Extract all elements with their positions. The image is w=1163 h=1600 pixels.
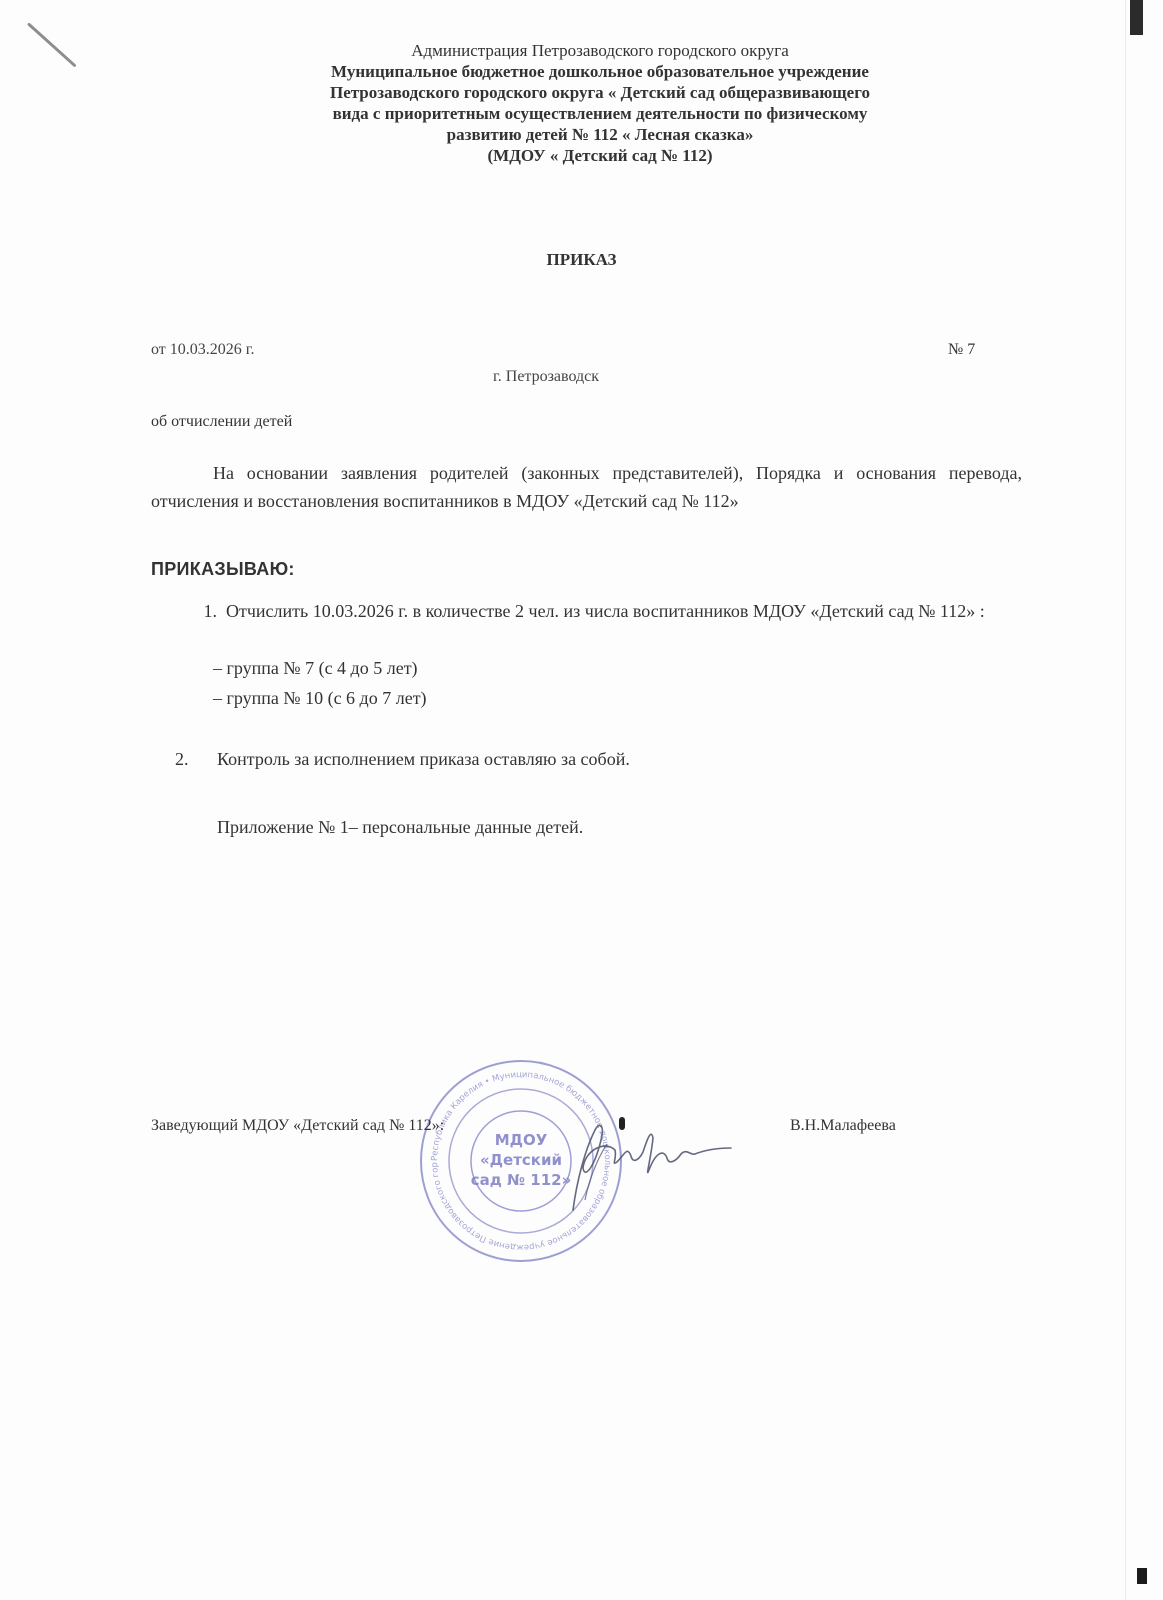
order-city: г. Петрозаводск: [493, 368, 599, 386]
scan-corner-artifact: [1137, 1568, 1147, 1584]
order-subject: об отчислении детей: [151, 413, 292, 431]
scanned-page: Администрация Петрозаводского городского…: [0, 0, 1163, 1600]
order-item-2: 2.Контроль за исполнением приказа оставл…: [175, 749, 630, 770]
institution-line: (МДОУ « Детский сад № 112): [240, 145, 960, 166]
item-number: 1.: [151, 597, 217, 625]
svg-text:«Детский: «Детский: [480, 1151, 562, 1169]
order-basis: На основании заявления родителей (законн…: [151, 459, 1022, 515]
item-text: Контроль за исполнением приказа оставляю…: [217, 749, 630, 769]
stamp-line: МДОУ: [495, 1131, 548, 1149]
appendix-note: Приложение № 1– персональные данные дете…: [217, 817, 583, 838]
scan-edge-artifact: [1130, 0, 1143, 35]
order-heading: ПРИКАЗЫВАЮ:: [151, 559, 295, 580]
page-edge: [1125, 0, 1126, 1600]
order-item-1: 1. Отчислить 10.03.2026 г. в количестве …: [151, 597, 1022, 625]
institution-line: развитию детей № 112 « Лесная сказка»: [240, 124, 960, 145]
basis-text: На основании заявления родителей (законн…: [151, 463, 1022, 511]
institution-line: вида с приоритетным осуществлением деяте…: [240, 103, 960, 124]
document-title: ПРИКАЗ: [0, 250, 1163, 270]
letterhead: Администрация Петрозаводского городского…: [240, 40, 960, 166]
handwritten-signature: [555, 1110, 735, 1220]
signatory-name: В.Н.Малафеева: [790, 1117, 896, 1135]
item-text: Отчислить 10.03.2026 г. в количестве 2 ч…: [226, 601, 985, 621]
institution-line: Петрозаводского городского округа « Детс…: [240, 82, 960, 103]
administration-line: Администрация Петрозаводского городского…: [240, 40, 960, 61]
group-line: – группа № 10 (с 6 до 7 лет): [213, 688, 427, 709]
signatory-position: Заведующий МДОУ «Детский сад № 112»:: [151, 1117, 444, 1135]
institution-line: Муниципальное бюджетное дошкольное образ…: [240, 61, 960, 82]
group-line: – группа № 7 (с 4 до 5 лет): [213, 658, 418, 679]
order-date: от 10.03.2026 г.: [151, 341, 255, 359]
item-number: 2.: [175, 749, 217, 770]
staple-mark: [27, 22, 77, 67]
order-number: № 7: [948, 341, 975, 359]
